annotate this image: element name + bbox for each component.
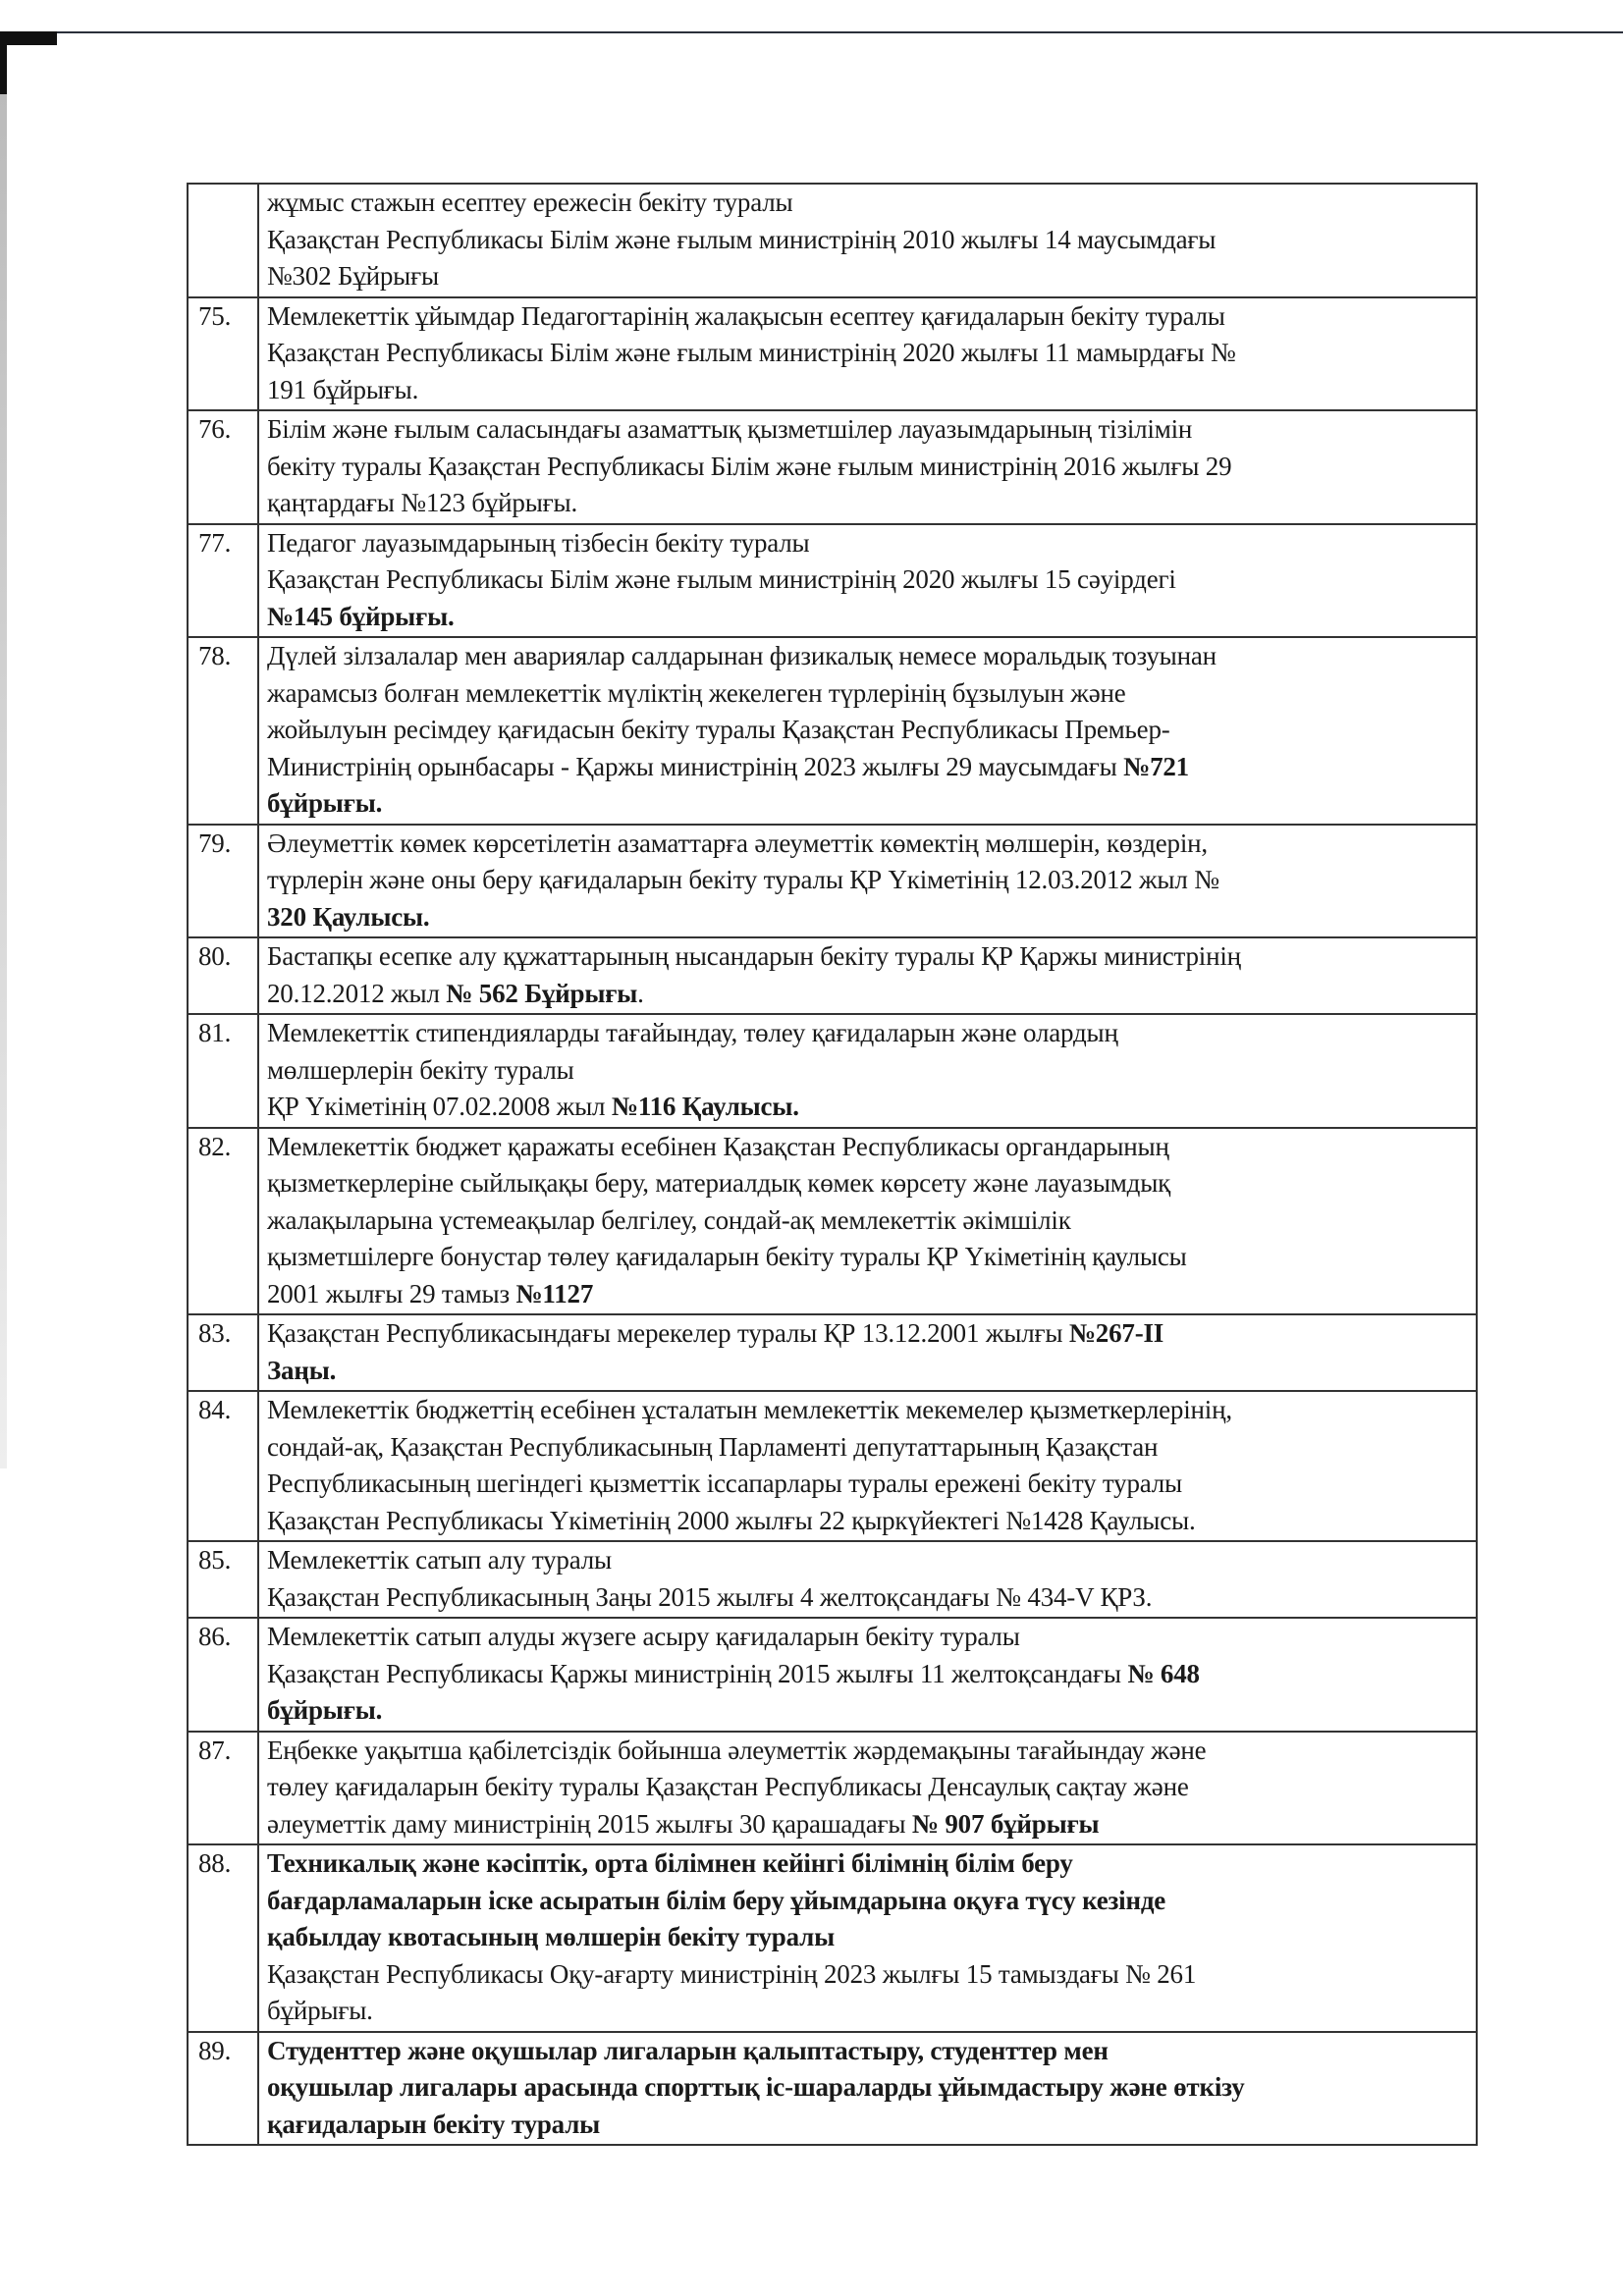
scan-edge-left	[0, 33, 7, 94]
text-line: әлеуметтік даму министрінің 2015 жылғы 3…	[267, 1806, 1470, 1843]
text-line: Мемлекеттік бюджет қаражаты есебінен Қаз…	[267, 1129, 1470, 1166]
text-segment: бекіту туралы Қазақстан Республикасы Біл…	[267, 452, 1231, 481]
bold-text-segment: Студенттер және оқушылар лигаларын қалып…	[267, 2036, 1109, 2065]
legal-act-description: Мемлекеттік сатып алуды жүзеге асыру қағ…	[258, 1618, 1477, 1732]
text-segment: қызметшілерге бонустар төлеу қағидаларын…	[267, 1242, 1187, 1271]
bold-text-segment: бағдарламаларын іске асыратын білім беру…	[267, 1886, 1165, 1915]
text-line: Республикасының шегіндегі қызметтік ісса…	[267, 1466, 1470, 1503]
text-line: Әлеуметтік көмек көрсетілетін азаматтарғ…	[267, 826, 1470, 863]
text-line: жарамсыз болған мемлекеттік мүліктің жек…	[267, 675, 1470, 713]
text-line: қағидаларын бекіту туралы	[267, 2107, 1470, 2144]
text-line: Қазақстан Республикасы Оқу-ағарту минист…	[267, 1956, 1470, 1994]
text-segment: Әлеуметтік көмек көрсетілетін азаматтарғ…	[267, 828, 1208, 858]
table-row: 76.Білім және ғылым саласындағы азаматты…	[188, 410, 1477, 524]
text-line: Қазақстан Республикасының Заңы 2015 жылғ…	[267, 1579, 1470, 1617]
text-line: Студенттер және оқушылар лигаларын қалып…	[267, 2033, 1470, 2070]
text-line: №302 Бұйрығы	[267, 258, 1470, 295]
table-row: жұмыс стажын есептеу ережесін бекіту тур…	[188, 184, 1477, 297]
text-line: бұйрығы.	[267, 785, 1470, 823]
text-line: мөлшерлерін бекіту туралы	[267, 1052, 1470, 1090]
bold-text-segment: бұйрығы.	[267, 1695, 382, 1725]
row-number: 80.	[188, 937, 258, 1014]
text-line: Мемлекеттік бюджеттің есебінен ұсталатын…	[267, 1392, 1470, 1429]
text-line: Мемлекеттік сатып алу туралы	[267, 1542, 1470, 1579]
row-number: 76.	[188, 410, 258, 524]
legal-act-description: Дүлей зілзалалар мен авариялар салдарына…	[258, 637, 1477, 825]
text-line: №145 бұйрығы.	[267, 599, 1470, 636]
legal-act-description: Мемлекеттік стипендияларды тағайындау, т…	[258, 1014, 1477, 1128]
bold-text-segment: Заңы.	[267, 1356, 336, 1385]
text-line: Педагог лауазымдарының тізбесін бекіту т…	[267, 525, 1470, 562]
text-segment: Қазақстан Республикасы Білім және ғылым …	[267, 564, 1176, 594]
bold-text-segment: №116 Қаулысы.	[612, 1092, 799, 1121]
text-line: 20.12.2012 жыл № 562 Бұйрығы.	[267, 976, 1470, 1013]
table-row: 79.Әлеуметтік көмек көрсетілетін азаматт…	[188, 825, 1477, 938]
table-row: 80.Бастапқы есепке алу құжаттарының ныса…	[188, 937, 1477, 1014]
legal-act-description: Мемлекеттік бюджет қаражаты есебінен Қаз…	[258, 1128, 1477, 1315]
row-number	[188, 184, 258, 297]
row-number: 82.	[188, 1128, 258, 1315]
text-line: Еңбекке уақытша қабілетсіздік бойынша әл…	[267, 1733, 1470, 1770]
bold-text-segment: №1127	[516, 1279, 594, 1308]
bold-text-segment: бұйрығы.	[267, 788, 382, 818]
table-row: 89.Студенттер және оқушылар лигаларын қа…	[188, 2032, 1477, 2146]
text-line: жалақыларына үстемеақылар белгілеу, сонд…	[267, 1202, 1470, 1240]
row-number: 77.	[188, 524, 258, 638]
text-segment: әлеуметтік даму министрінің 2015 жылғы 3…	[267, 1809, 912, 1839]
table-row: 77.Педагог лауазымдарының тізбесін бекіт…	[188, 524, 1477, 638]
text-segment: Қазақстан Республикасының Заңы 2015 жылғ…	[267, 1582, 1152, 1612]
row-number: 86.	[188, 1618, 258, 1732]
text-segment: Бастапқы есепке алу құжаттарының нысанда…	[267, 941, 1241, 971]
text-line: Мемлекеттік сатып алуды жүзеге асыру қағ…	[267, 1619, 1470, 1656]
text-line: Заңы.	[267, 1353, 1470, 1390]
text-line: Дүлей зілзалалар мен авариялар салдарына…	[267, 638, 1470, 675]
legal-act-description: Мемлекеттік сатып алу туралыҚазақстан Ре…	[258, 1541, 1477, 1618]
scan-edge-left-shadow	[0, 94, 7, 1468]
legal-act-description: Бастапқы есепке алу құжаттарының нысанда…	[258, 937, 1477, 1014]
text-line: жұмыс стажын есептеу ережесін бекіту тур…	[267, 185, 1470, 222]
legal-act-description: Қазақстан Республикасындағы мерекелер ту…	[258, 1314, 1477, 1391]
text-line: Бастапқы есепке алу құжаттарының нысанда…	[267, 938, 1470, 976]
text-line: төлеу қағидаларын бекіту туралы Қазақста…	[267, 1769, 1470, 1806]
legal-act-description: жұмыс стажын есептеу ережесін бекіту тур…	[258, 184, 1477, 297]
bold-text-segment: қағидаларын бекіту туралы	[267, 2109, 600, 2139]
text-line: Қазақстан Республикасы Білім және ғылым …	[267, 561, 1470, 599]
text-segment: Білім және ғылым саласындағы азаматтық қ…	[267, 414, 1192, 444]
text-line: қаңтардағы №123 бұйрығы.	[267, 485, 1470, 522]
text-line: ҚР Үкіметінің 07.02.2008 жыл №116 Қаулыс…	[267, 1089, 1470, 1126]
text-line: қабылдау квотасының мөлшерін бекіту тура…	[267, 1919, 1470, 1956]
text-segment: №302 Бұйрығы	[267, 261, 439, 291]
text-line: Мемлекеттік стипендияларды тағайындау, т…	[267, 1015, 1470, 1052]
text-line: бекіту туралы Қазақстан Республикасы Біл…	[267, 449, 1470, 486]
row-number: 89.	[188, 2032, 258, 2146]
text-segment: қызметкерлеріне сыйлықақы беру, материал…	[267, 1168, 1170, 1198]
row-number: 88.	[188, 1844, 258, 2032]
text-segment: мөлшерлерін бекіту туралы	[267, 1055, 574, 1085]
table-row: 84.Мемлекеттік бюджеттің есебінен ұстала…	[188, 1391, 1477, 1541]
text-segment: Қазақстан Республикасы Білім және ғылым …	[267, 225, 1216, 254]
legal-act-description: Әлеуметтік көмек көрсетілетін азаматтарғ…	[258, 825, 1477, 938]
text-line: Қазақстан Республикасындағы мерекелер ту…	[267, 1315, 1470, 1353]
text-segment: Педагог лауазымдарының тізбесін бекіту т…	[267, 528, 809, 558]
row-number: 78.	[188, 637, 258, 825]
bold-text-segment: № 562 Бұйрығы	[446, 979, 637, 1008]
text-segment: жарамсыз болған мемлекеттік мүліктің жек…	[267, 678, 1126, 708]
bold-text-segment: қабылдау квотасының мөлшерін бекіту тура…	[267, 1922, 835, 1951]
text-segment: Министрінің орынбасары - Қаржы министрін…	[267, 752, 1123, 781]
text-segment: Қазақстан Республикасы Білім және ғылым …	[267, 338, 1236, 367]
text-segment: жалақыларына үстемеақылар белгілеу, сонд…	[267, 1205, 1071, 1235]
text-segment: сондай-ақ, Қазақстан Республикасының Пар…	[267, 1432, 1158, 1462]
text-segment: Еңбекке уақытша қабілетсіздік бойынша әл…	[267, 1735, 1206, 1765]
text-line: қызметшілерге бонустар төлеу қағидаларын…	[267, 1239, 1470, 1276]
bold-text-segment: оқушылар лигалары арасында спорттық іс-ш…	[267, 2072, 1245, 2102]
text-line: 191 бұйрығы.	[267, 372, 1470, 409]
legal-act-description: Еңбекке уақытша қабілетсіздік бойынша әл…	[258, 1732, 1477, 1845]
text-segment: Қазақстан Республикасы Қаржы министрінің…	[267, 1659, 1127, 1688]
text-line: қызметкерлеріне сыйлықақы беру, материал…	[267, 1165, 1470, 1202]
text-line: Қазақстан Республикасы Қаржы министрінің…	[267, 1656, 1470, 1693]
row-number: 85.	[188, 1541, 258, 1618]
legal-act-description: Мемлекеттік бюджеттің есебінен ұсталатын…	[258, 1391, 1477, 1541]
text-line: түрлерін және оны беру қағидаларын бекіт…	[267, 862, 1470, 899]
legal-act-description: Студенттер және оқушылар лигаларын қалып…	[258, 2032, 1477, 2146]
legal-acts-table: жұмыс стажын есептеу ережесін бекіту тур…	[187, 183, 1478, 2146]
bold-text-segment: №721	[1123, 752, 1189, 781]
legal-act-description: Педагог лауазымдарының тізбесін бекіту т…	[258, 524, 1477, 638]
text-segment: Мемлекеттік ұйымдар Педагогтарінің жалақ…	[267, 301, 1225, 331]
text-line: 2001 жылғы 29 тамыз №1127	[267, 1276, 1470, 1313]
bold-text-segment: №145 бұйрығы.	[267, 602, 455, 631]
text-segment: Мемлекеттік сатып алуды жүзеге асыру қағ…	[267, 1622, 1020, 1651]
text-segment: төлеу қағидаларын бекіту туралы Қазақста…	[267, 1772, 1189, 1801]
table-row: 88.Техникалық және кәсіптік, орта білімн…	[188, 1844, 1477, 2032]
bold-text-segment: № 907 бұйрығы	[912, 1809, 1100, 1839]
text-segment: Қазақстан Республикасы Үкіметінің 2000 ж…	[267, 1506, 1196, 1535]
bold-text-segment: №267-II	[1069, 1318, 1163, 1348]
text-segment: Республикасының шегіндегі қызметтік ісса…	[267, 1468, 1182, 1498]
text-segment: жұмыс стажын есептеу ережесін бекіту тур…	[267, 187, 792, 217]
row-number: 84.	[188, 1391, 258, 1541]
row-number: 81.	[188, 1014, 258, 1128]
text-line: бұйрығы.	[267, 1692, 1470, 1730]
text-segment: Дүлей зілзалалар мен авариялар салдарына…	[267, 641, 1217, 670]
text-segment: 20.12.2012 жыл	[267, 979, 446, 1008]
text-line: оқушылар лигалары арасында спорттық іс-ш…	[267, 2069, 1470, 2107]
table-row: 85.Мемлекеттік сатып алу туралыҚазақстан…	[188, 1541, 1477, 1618]
text-segment: Мемлекеттік бюджет қаражаты есебінен Қаз…	[267, 1132, 1169, 1161]
legal-act-description: Білім және ғылым саласындағы азаматтық қ…	[258, 410, 1477, 524]
text-segment: бұйрығы.	[267, 1996, 373, 2025]
text-line: Министрінің орынбасары - Қаржы министрін…	[267, 749, 1470, 786]
text-line: 320 Қаулысы.	[267, 899, 1470, 936]
text-line: Техникалық және кәсіптік, орта білімнен …	[267, 1845, 1470, 1883]
scan-corner-artifact	[0, 31, 57, 45]
table-row: 81.Мемлекеттік стипендияларды тағайындау…	[188, 1014, 1477, 1128]
bold-text-segment: Техникалық және кәсіптік, орта білімнен …	[267, 1848, 1073, 1878]
row-number: 79.	[188, 825, 258, 938]
text-segment: жойылуын ресімдеу қағидасын бекіту турал…	[267, 715, 1170, 744]
text-segment: Мемлекеттік стипендияларды тағайындау, т…	[267, 1018, 1118, 1047]
text-line: сондай-ақ, Қазақстан Республикасының Пар…	[267, 1429, 1470, 1467]
text-line: Қазақстан Республикасы Білім және ғылым …	[267, 335, 1470, 372]
bold-text-segment: 320 Қаулысы.	[267, 902, 429, 932]
legal-act-description: Техникалық және кәсіптік, орта білімнен …	[258, 1844, 1477, 2032]
text-line: бұйрығы.	[267, 1993, 1470, 2030]
text-line: Мемлекеттік ұйымдар Педагогтарінің жалақ…	[267, 298, 1470, 336]
text-segment: Қазақстан Республикасындағы мерекелер ту…	[267, 1318, 1069, 1348]
table-row: 82.Мемлекеттік бюджет қаражаты есебінен …	[188, 1128, 1477, 1315]
table-row: 75.Мемлекеттік ұйымдар Педагогтарінің жа…	[188, 297, 1477, 411]
text-line: Қазақстан Республикасы Білім және ғылым …	[267, 222, 1470, 259]
table-row: 83.Қазақстан Республикасындағы мерекелер…	[188, 1314, 1477, 1391]
bold-text-segment: № 648	[1127, 1659, 1199, 1688]
text-segment: Қазақстан Республикасы Оқу-ағарту минист…	[267, 1959, 1196, 1989]
table-body: жұмыс стажын есептеу ережесін бекіту тур…	[188, 184, 1477, 2145]
text-segment: түрлерін және оны беру қағидаларын бекіт…	[267, 865, 1219, 894]
table-row: 87.Еңбекке уақытша қабілетсіздік бойынша…	[188, 1732, 1477, 1845]
text-line: Білім және ғылым саласындағы азаматтық қ…	[267, 411, 1470, 449]
row-number: 75.	[188, 297, 258, 411]
text-line: Қазақстан Республикасы Үкіметінің 2000 ж…	[267, 1503, 1470, 1540]
text-segment: Мемлекеттік сатып алу туралы	[267, 1545, 612, 1575]
text-segment: 2001 жылғы 29 тамыз	[267, 1279, 516, 1308]
text-segment: .	[637, 979, 644, 1008]
table-row: 78.Дүлей зілзалалар мен авариялар салдар…	[188, 637, 1477, 825]
table-row: 86.Мемлекеттік сатып алуды жүзеге асыру …	[188, 1618, 1477, 1732]
text-segment: 191 бұйрығы.	[267, 375, 418, 404]
row-number: 87.	[188, 1732, 258, 1845]
text-line: жойылуын ресімдеу қағидасын бекіту турал…	[267, 712, 1470, 749]
text-segment: Мемлекеттік бюджеттің есебінен ұсталатын…	[267, 1395, 1232, 1424]
legal-act-description: Мемлекеттік ұйымдар Педагогтарінің жалақ…	[258, 297, 1477, 411]
text-segment: ҚР Үкіметінің 07.02.2008 жыл	[267, 1092, 612, 1121]
scan-edge-top	[0, 31, 1623, 33]
text-line: бағдарламаларын іске асыратын білім беру…	[267, 1883, 1470, 1920]
row-number: 83.	[188, 1314, 258, 1391]
text-segment: қаңтардағы №123 бұйрығы.	[267, 488, 577, 517]
